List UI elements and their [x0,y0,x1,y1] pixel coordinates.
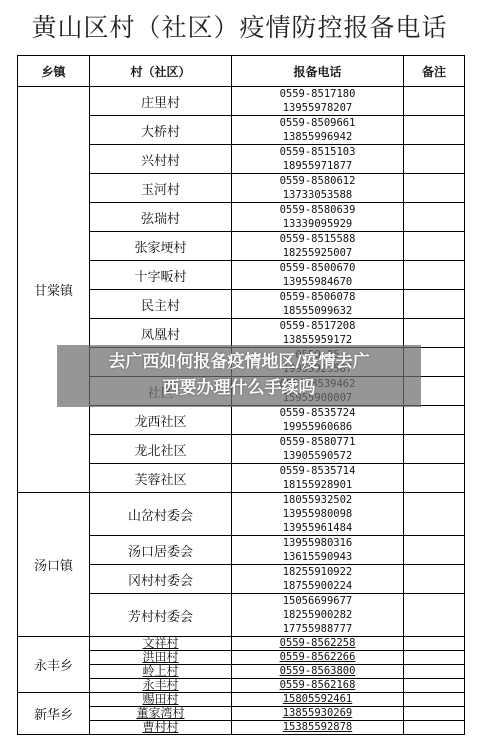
table-header-row: 乡镇 村（社区） 报备电话 备注 [18,56,465,87]
phone-number: 18055932502 [232,493,403,507]
phone-cell: 0559-851718013955978207 [232,87,404,116]
table-row: 甘棠镇庄里村0559-851718013955978207 [18,87,465,116]
phone-cell: 13855930269 [232,707,404,721]
phone-cell: 0559-853572419955960686 [232,406,404,435]
village-cell: 大桥村 [90,116,232,145]
town-cell: 汤口镇 [18,493,90,637]
note-cell [404,145,465,174]
phone-number: 13339095929 [232,217,403,231]
phone-number: 13955978207 [232,101,403,115]
phone-number: 13733053588 [232,188,403,202]
phone-number: 0559-8562266 [232,651,403,664]
note-cell [404,721,465,735]
town-cell: 新华乡 [18,693,90,735]
phone-cell: 0559-8562258 [232,637,404,651]
phone-number: 0559-8517180 [232,87,403,101]
note-cell [404,464,465,493]
phone-number: 0559-8535724 [232,406,403,420]
village-cell: 文祥村 [90,637,232,651]
phone-cell: 0559-851720813855959172 [232,319,404,348]
phone-cell: 0559-850067013955984670 [232,261,404,290]
header-phone: 报备电话 [232,56,404,87]
note-cell [404,594,465,637]
town-cell: 永丰乡 [18,637,90,693]
phone-number: 0559-8515103 [232,145,403,159]
phone-number: 18155928901 [232,478,403,492]
phone-cell: 0559-851558818255925007 [232,232,404,261]
phone-cell: 0559-853571418155928901 [232,464,404,493]
phone-number: 0559-8580612 [232,174,403,188]
phone-number: 18755900224 [232,579,403,593]
header-town: 乡镇 [18,56,90,87]
note-cell [404,290,465,319]
phone-cell: 180559325021395598009813955961484 [232,493,404,536]
note-cell [404,406,465,435]
village-cell: 赐田村 [90,693,232,707]
phone-cell: 150566996771825590028217755988777 [232,594,404,637]
page-cutoff [0,735,479,753]
phone-number: 0559-8515588 [232,232,403,246]
phone-number: 0559-8580639 [232,203,403,217]
village-cell: 董家湾村 [90,707,232,721]
phone-cell: 0559-8563800 [232,665,404,679]
town-cell: 甘棠镇 [18,87,90,493]
phone-number: 17755988777 [232,622,403,636]
village-cell: 芳村村委会 [90,594,232,637]
phone-number: 13955961484 [232,521,403,535]
phone-number: 18255925007 [232,246,403,260]
phone-number: 0559-8563800 [232,665,403,678]
table-row: 汤口镇山岔村委会18055932502139559800981395596148… [18,493,465,536]
note-cell [404,116,465,145]
phone-cell: 0559-850966113855996942 [232,116,404,145]
header-note: 备注 [404,56,465,87]
village-cell: 洪田村 [90,651,232,665]
phone-number: 13855996942 [232,130,403,144]
phone-number: 18255900282 [232,608,403,622]
phone-cell: 15385592878 [232,721,404,735]
phone-cell: 0559-858077113905590572 [232,435,404,464]
village-cell: 芙蓉社区 [90,464,232,493]
note-cell [404,87,465,116]
watermark-line-2: 西要办理什么手续吗 [57,375,421,401]
table-row: 新华乡赐田村15805592461 [18,693,465,707]
phone-number: 13955980098 [232,507,403,521]
note-cell [404,679,465,693]
phone-number: 15385592878 [232,721,403,734]
phone-cell: 0559-858063913339095929 [232,203,404,232]
phone-number: 0559-8535714 [232,464,403,478]
header-village: 村（社区） [90,56,232,87]
phone-cell: 0559-850607818555099632 [232,290,404,319]
note-cell [404,536,465,565]
village-cell: 山岔村委会 [90,493,232,536]
phone-number: 13955984670 [232,275,403,289]
phone-number: 0559-8562258 [232,637,403,650]
village-cell: 十字畈村 [90,261,232,290]
phone-cell: 0559-8562266 [232,651,404,665]
phone-number: 13955980316 [232,536,403,550]
phone-number: 0559-8580771 [232,435,403,449]
phone-number: 13905590572 [232,449,403,463]
village-cell: 永丰村 [90,679,232,693]
phone-number: 0559-8506078 [232,290,403,304]
note-cell [404,174,465,203]
note-cell [404,565,465,594]
phone-number: 0559-8500670 [232,261,403,275]
note-cell [404,693,465,707]
phone-number: 19955960686 [232,420,403,434]
village-cell: 兴村村 [90,145,232,174]
watermark-banner: 去广西如何报备疫情地区/疫情去广 西要办理什么手续吗 [57,345,421,407]
note-cell [404,637,465,651]
note-cell [404,261,465,290]
phone-cell: 1395598031613615590943 [232,536,404,565]
phone-number: 13855930269 [232,707,403,720]
phone-number: 0559-8517208 [232,319,403,333]
phone-number: 15805592461 [232,693,403,706]
phone-cell: 0559-858061213733053588 [232,174,404,203]
village-cell: 冈村村委会 [90,565,232,594]
village-cell: 岭上村 [90,665,232,679]
phone-number: 0559-8509661 [232,116,403,130]
village-cell: 龙西社区 [90,406,232,435]
phone-number: 18555099632 [232,304,403,318]
phone-number: 18255910922 [232,565,403,579]
phone-cell: 0559-8562168 [232,679,404,693]
phone-cell: 0559-851510318955971877 [232,145,404,174]
village-cell: 玉河村 [90,174,232,203]
village-cell: 凤凰村 [90,319,232,348]
note-cell [404,651,465,665]
note-cell [404,435,465,464]
phone-number: 18955971877 [232,159,403,173]
village-cell: 庄里村 [90,87,232,116]
village-cell: 弦瑞村 [90,203,232,232]
document-title: 黄山区村（社区）疫情防控报备电话 [0,8,479,44]
village-cell: 民主村 [90,290,232,319]
village-cell: 曹村村 [90,721,232,735]
note-cell [404,232,465,261]
phone-number: 15056699677 [232,594,403,608]
village-cell: 张家埂村 [90,232,232,261]
note-cell [404,707,465,721]
note-cell [404,665,465,679]
table-row: 永丰乡文祥村0559-8562258 [18,637,465,651]
village-cell: 龙北社区 [90,435,232,464]
watermark-line-1: 去广西如何报备疫情地区/疫情去广 [57,349,421,375]
note-cell [404,203,465,232]
note-cell [404,319,465,348]
village-cell: 汤口居委会 [90,536,232,565]
phone-cell: 1825591092218755900224 [232,565,404,594]
phone-number: 13615590943 [232,550,403,564]
phone-number: 0559-8562168 [232,679,403,692]
phone-cell: 15805592461 [232,693,404,707]
note-cell [404,493,465,536]
